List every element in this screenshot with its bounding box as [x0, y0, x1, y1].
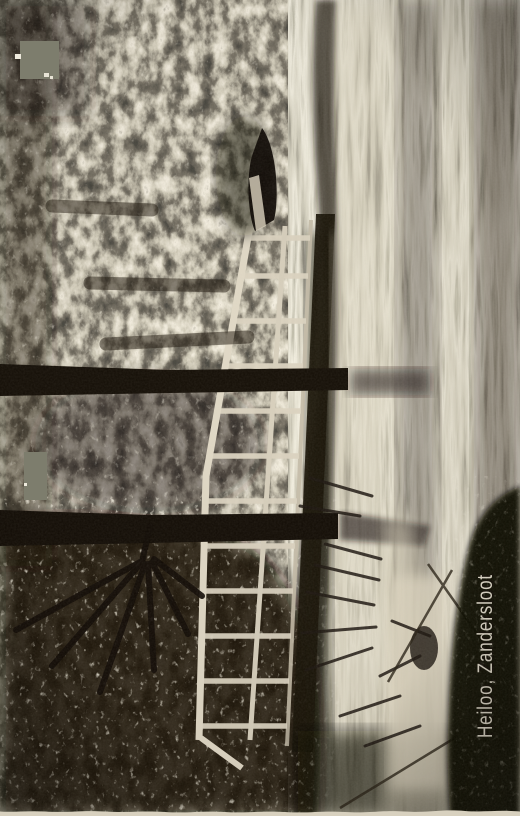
film-grain-overlay	[0, 0, 520, 816]
postcard: Heiloo, Zandersloot Heiloo, Zandersloot	[0, 0, 520, 816]
artifact-dot	[50, 76, 53, 79]
artifact-dot	[24, 483, 27, 486]
artifact-patch-top	[20, 41, 59, 79]
artifact-patch-left	[24, 452, 47, 500]
artifact-dot	[44, 73, 49, 77]
postcard-photo: Heiloo, Zandersloot Heiloo, Zandersloot	[0, 0, 520, 816]
artifact-dot	[15, 54, 21, 59]
